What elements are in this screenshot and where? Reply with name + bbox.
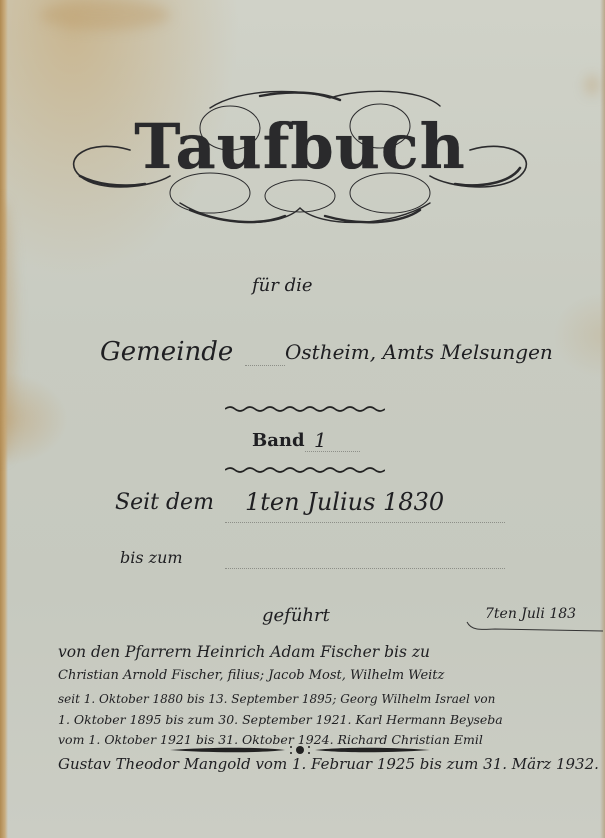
gemeinde-value: Ostheim, Amts Melsungen (285, 340, 553, 364)
wavy-divider-top (225, 405, 385, 413)
band-dotted-line (305, 451, 360, 452)
seit-dotted-line (225, 522, 505, 523)
pastors-line: Christian Arnold Fischer, filius; Jacob … (58, 668, 444, 683)
water-stain (585, 75, 599, 95)
band-label: Band (252, 430, 305, 451)
pastors-line: 1. Oktober 1895 bis zum 30. September 19… (58, 712, 503, 727)
annotation-underline (465, 620, 605, 634)
document-page: Taufbuch für die Gemeinde Ostheim, Amts … (0, 0, 605, 838)
seit-dem-label: Seit dem (115, 490, 214, 515)
gemeinde-dotted-line (245, 365, 285, 366)
bis-zum-label: bis zum (120, 548, 183, 567)
title-block: Taufbuch (60, 88, 540, 238)
gefuehrt-text: geführt (262, 605, 330, 626)
pastors-line: seit 1. Oktober 1880 bis 13. September 1… (58, 692, 495, 706)
gemeinde-label: Gemeinde (100, 337, 233, 367)
document-title: Taufbuch (60, 110, 540, 183)
bis-dotted-line (225, 568, 505, 569)
band-value: 1 (314, 428, 327, 452)
water-stain (40, 0, 170, 30)
water-stain (0, 200, 15, 460)
seit-dem-value: 1ten Julius 1830 (245, 488, 444, 516)
pastors-line: Gustav Theodor Mangold vom 1. Februar 19… (58, 755, 599, 773)
fuer-die-text: für die (252, 275, 313, 296)
page-edge-right (600, 0, 605, 838)
pastors-line: von den Pfarrern Heinrich Adam Fischer b… (58, 643, 430, 661)
wavy-divider-bottom (225, 466, 385, 474)
